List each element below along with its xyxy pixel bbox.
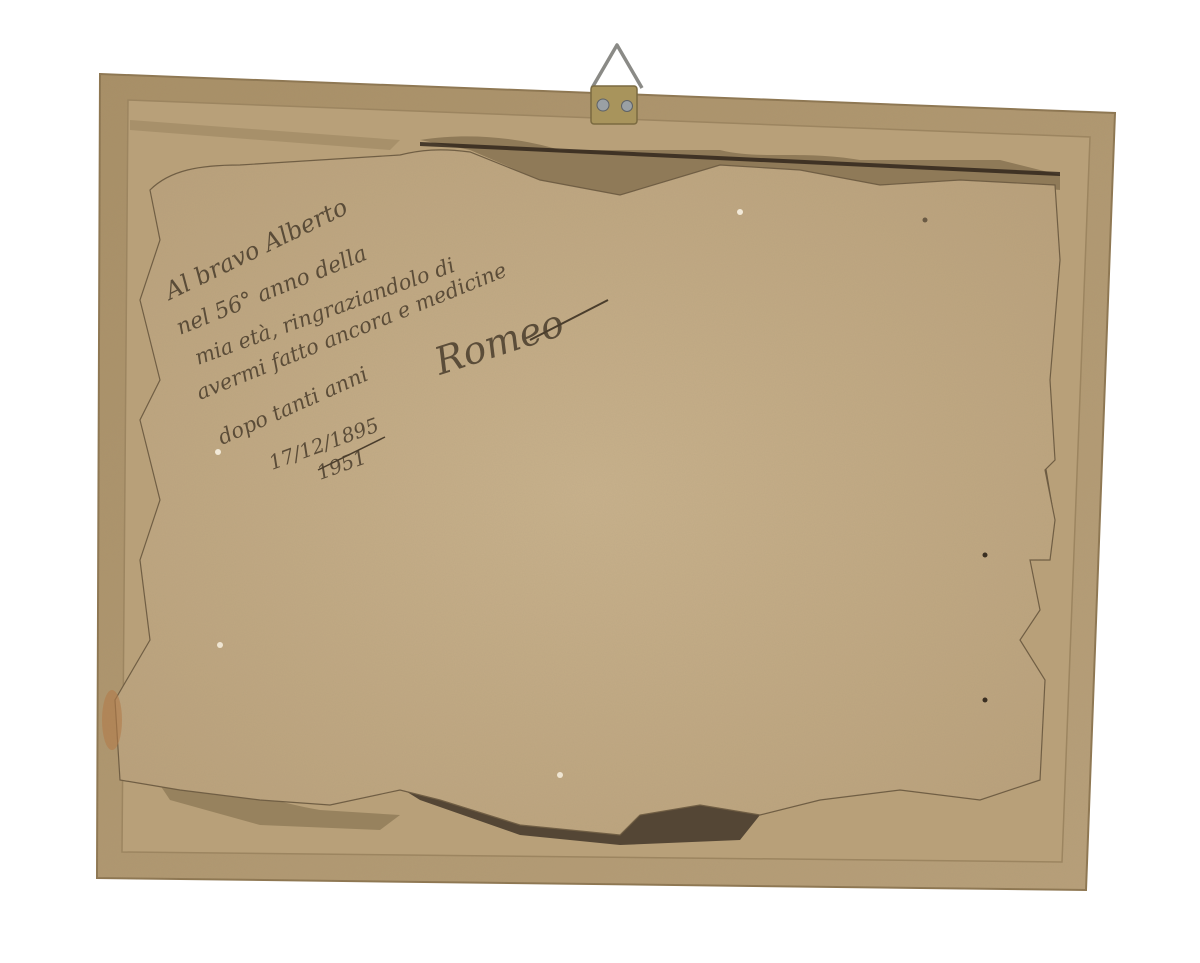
triangle-ring-icon xyxy=(592,45,642,88)
hanger xyxy=(591,45,642,124)
screw-icon xyxy=(622,101,633,112)
screw-icon xyxy=(597,99,609,111)
frame-back-photo: Al bravo Alberto nel 56° anno della mia … xyxy=(0,0,1200,963)
